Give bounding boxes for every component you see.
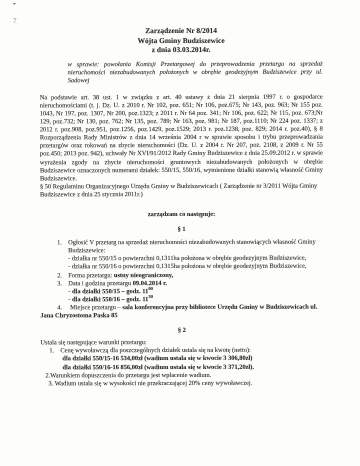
title-line-date: z dnia 03.03.2014r. (40, 45, 323, 55)
s1-item-1-text: Ogłosić V przetarg na sprzedaż nieruchom… (68, 239, 316, 255)
s1-item-1-number: 1. (57, 239, 68, 271)
s1-item-3-time-plot-16-sup: 30 (148, 294, 153, 299)
scan-artifact-dash: - (13, 0, 16, 8)
s1-item-3-time-plot-16-text: - dla działki 550/16 – godz. 11 (68, 296, 148, 303)
s1-item-3-time-plot-15-text: - dla działki 550/15 – godz. 11 (68, 288, 148, 295)
section-2-list: 1. Cenę wywoławczą dla poszczególnych dz… (40, 347, 323, 388)
s2-item-3: 3. Wadium ustala się w wysokości nie prz… (48, 379, 323, 388)
s2-item-1-number: 1. (49, 348, 60, 356)
section-1-heading: § 1 (40, 226, 323, 235)
s1-item-3-body: Data i godzina przetargu 09.04.2014 r. -… (68, 279, 323, 304)
s1-item-4: 4.Miejsce przetargu – sala konferencyjna… (40, 304, 323, 321)
section-1-list: 1. Ogłosić V przetarg na sprzedaż nieruc… (40, 239, 323, 321)
document-content: Zarządzenie Nr 8/2014 Wójta Gminy Budzis… (39, 0, 323, 388)
s1-item-2-number: 2. (57, 272, 68, 280)
s1-item-2-prefix: Forma przetargu: (68, 272, 114, 279)
s1-item-3-number: 3. (57, 280, 68, 304)
scanned-document-page: - 7 Zarządzenie Nr 8/2014 Wójta Gminy Bu… (0, 0, 360, 466)
s1-item-2-bold: ustny nieograniczony, (114, 272, 173, 279)
s1-item-3-prefix: Data i godzina przetargu (68, 280, 133, 287)
scan-artifact-mark: 7 (13, 17, 17, 25)
section-2-heading: § 2 (40, 327, 323, 336)
s1-item-1-body: Ogłosić V przetarg na sprzedaż nieruchom… (68, 239, 323, 272)
s1-item-4-prefix: Miejsce przetargu – (70, 304, 122, 311)
s1-item-1: 1. Ogłosić V przetarg na sprzedaż nieruc… (57, 239, 323, 272)
legal-basis-paragraph: Na podstawie art. 38 ust. 1 w związku z … (40, 93, 323, 183)
regulation-reference: § 50 Regulaminu Organizacyjnego Urzędu G… (40, 182, 323, 199)
subject-paragraph: w sprawie: powołania Komisji Przetargowe… (68, 60, 323, 85)
s1-item-4-number: 4. (57, 304, 62, 311)
s1-item-3-time-plot-15-sup: 00 (148, 286, 153, 291)
document-title: Zarządzenie Nr 8/2014 Wójta Gminy Budzis… (40, 26, 323, 55)
s1-item-3: 3. Data i godzina przetargu 09.04.2014 r… (57, 279, 323, 304)
order-clause: zarządzam co następuje: (40, 211, 323, 220)
